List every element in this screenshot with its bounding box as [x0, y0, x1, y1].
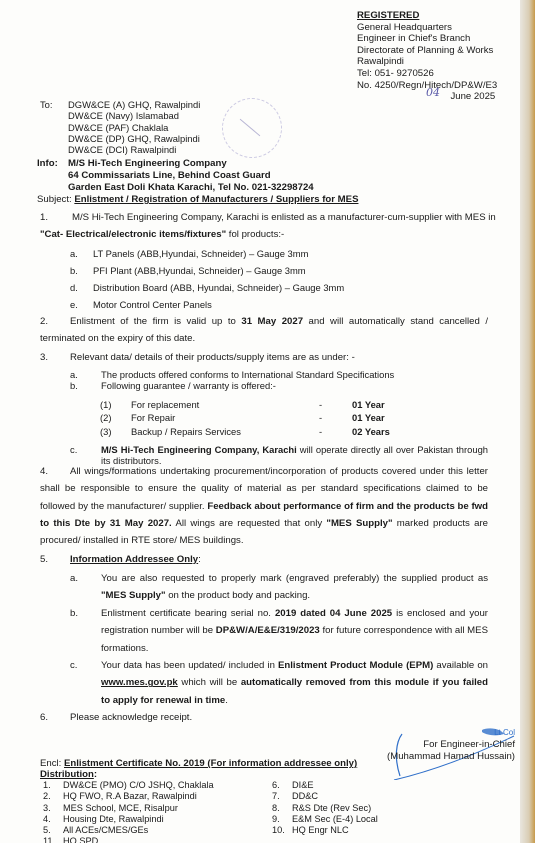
dist-num: 11.	[43, 836, 63, 843]
encl-text: Enlistment Certificate No. 2019 (For inf…	[64, 758, 357, 769]
para-number: 3.	[40, 349, 48, 366]
dist-text: HQ Engr NLC	[292, 825, 349, 835]
subject-line: Subject: Enlistment / Registration of Ma…	[37, 194, 358, 205]
dist-num: 2.	[43, 791, 63, 802]
warranty-dash: -	[319, 411, 352, 424]
warranty-table: (1) For replacement - 01 Year (2) For Re…	[100, 398, 390, 438]
colon: :	[198, 554, 201, 565]
para-text: which will be	[178, 677, 241, 688]
distribution-left: 1.DW&CE (PMO) C/O JSHQ, Chaklala 2.HQ FW…	[43, 780, 214, 843]
para-text: Enlistment of the firm is valid up to	[70, 316, 241, 327]
company-name: M/S Hi-Tech Engineering Company, Karachi	[101, 444, 297, 455]
para-text: All wings are requested that only	[172, 518, 327, 529]
info-line: 64 Commissariats Line, Behind Coast Guar…	[37, 170, 314, 182]
distribution-item: 8.R&S Dte (Rev Sec)	[272, 803, 378, 814]
warranty-item: For replacement	[131, 398, 319, 411]
info-block: Info:M/S Hi-Tech Engineering Company 64 …	[37, 158, 314, 195]
warranty-item: Backup / Repairs Services	[131, 425, 319, 438]
para-text: on the product body and packing.	[166, 590, 311, 601]
warranty-intro: Following guarantee / warranty is offere…	[101, 380, 276, 392]
distribution-item: 2.HQ FWO, R.A Bazar, Rawalpindi	[43, 791, 214, 802]
para5-c: c. Your data has been updated/ included …	[70, 657, 488, 709]
distribution-item: 10.HQ Engr NLC	[272, 825, 378, 836]
header-line: General Headquarters	[357, 22, 497, 34]
para-number: 5.	[40, 551, 48, 568]
distribution-label: Distribution	[40, 769, 94, 780]
mes-website-link[interactable]: www.mes.gov.pk	[101, 677, 178, 688]
header-line: Rawalpindi	[357, 56, 497, 68]
dist-text: E&M Sec (E-4) Local	[292, 814, 378, 824]
warranty-dash: -	[319, 398, 352, 411]
item-letter: d.	[70, 279, 78, 296]
product-item: Distribution Board (ABB, Hyundai, Schnei…	[93, 279, 344, 296]
warranty-value: 02 Years	[352, 425, 390, 438]
distribution-item: 1.DW&CE (PMO) C/O JSHQ, Chaklala	[43, 780, 214, 791]
item-letter: b.	[70, 380, 78, 392]
para-text: M/S Hi-Tech Engineering Company, Karachi…	[72, 209, 496, 226]
warranty-num: (1)	[100, 398, 131, 411]
recipient: DGW&CE (A) GHQ, Rawalpindi	[68, 99, 200, 110]
para-text: Relevant data/ details of their products…	[70, 349, 355, 366]
dist-text: HQ SPD	[63, 836, 98, 843]
dist-num: 5.	[43, 825, 63, 836]
distribution-item: 9.E&M Sec (E-4) Local	[272, 814, 378, 825]
dist-text: DI&E	[292, 780, 313, 790]
warranty-row: (2) For Repair - 01 Year	[100, 411, 390, 424]
dist-text: DD&C	[292, 791, 318, 801]
colon: :	[94, 769, 97, 780]
dist-text: DW&CE (PMO) C/O JSHQ, Chaklala	[63, 780, 214, 790]
para-number: 4.	[40, 463, 48, 480]
para5-a: a. You are also requested to properly ma…	[70, 570, 488, 605]
item-letter: c.	[70, 657, 77, 674]
encl-label: Encl:	[40, 758, 64, 769]
subject-text: Enlistment / Registration of Manufacture…	[74, 194, 358, 205]
dist-num: 10.	[272, 825, 292, 836]
item-letter: e.	[70, 296, 78, 313]
stamp-mark	[222, 98, 282, 158]
warranty-value: 01 Year	[352, 398, 390, 411]
dist-num: 6.	[272, 780, 292, 791]
spec-statement: The products offered conforms to Interna…	[101, 369, 394, 381]
info-label: Info:	[37, 158, 68, 170]
para-text: You are also requested to properly mark …	[101, 573, 488, 584]
handwritten-day: 04	[426, 86, 440, 99]
dist-text: All ACEs/CMES/GEs	[63, 825, 148, 835]
certificate-serial: 2019 dated 04 June 2025	[275, 608, 392, 619]
distribution-item: 5.All ACEs/CMES/GEs	[43, 825, 214, 836]
product-item: LT Panels (ABB,Hyundai, Schneider) – Gau…	[93, 245, 308, 262]
category-label: "Cat- Electrical/electronic items/fixtur…	[40, 229, 226, 240]
epm-module: Enlistment Product Module (EPM)	[278, 660, 433, 671]
enclosure-line: Encl: Enlistment Certificate No. 2019 (F…	[40, 758, 357, 769]
warranty-dash: -	[319, 425, 352, 438]
dist-text: HQ FWO, R.A Bazar, Rawalpindi	[63, 791, 197, 801]
distribution-item: 3.MES School, MCE, Risalpur	[43, 803, 214, 814]
header-line: Directorate of Planning & Works	[357, 45, 497, 57]
dist-num: 1.	[43, 780, 63, 791]
info-line: M/S Hi-Tech Engineering Company	[68, 158, 227, 169]
signatory-rank: Lt Col	[387, 727, 515, 739]
product-item: Motor Control Center Panels	[93, 296, 212, 313]
recipient: DW&CE (PAF) Chaklala	[40, 122, 200, 133]
dist-num: 4.	[43, 814, 63, 825]
signature-block: Lt Col For Engineer-in-Chief (Muhammad H…	[387, 727, 515, 763]
page-edge	[520, 0, 535, 843]
dist-num: 8.	[272, 803, 292, 814]
para-number: 1.	[40, 209, 48, 226]
dist-num: 3.	[43, 803, 63, 814]
para-text: fol products:-	[226, 229, 284, 240]
warranty-row: (1) For replacement - 01 Year	[100, 398, 390, 411]
header-phone: Tel: 051- 9270526	[357, 68, 497, 80]
recipient: DW&CE (DCI) Rawalpindi	[40, 144, 200, 155]
to-block: To:DGW&CE (A) GHQ, Rawalpindi DW&CE (Nav…	[40, 99, 200, 155]
dist-num: 9.	[272, 814, 292, 825]
product-item: PFI Plant (ABB,Hyundai, Schneider) – Gau…	[93, 262, 306, 279]
para-text: .	[225, 695, 228, 706]
item-letter: b.	[70, 605, 78, 622]
dist-text: MES School, MCE, Risalpur	[63, 803, 178, 813]
info-line: Garden East Doli Khata Karachi, Tel No. …	[37, 182, 314, 194]
warranty-value: 01 Year	[352, 411, 390, 424]
distribution-item: 6.DI&E	[272, 780, 378, 791]
para-text: Enlistment certificate bearing serial no…	[101, 608, 275, 619]
item-letter: c.	[70, 444, 77, 455]
dist-text: Housing Dte, Rawalpindi	[63, 814, 164, 824]
distribution-right: 6.DI&E 7.DD&C 8.R&S Dte (Rev Sec) 9.E&M …	[272, 780, 378, 836]
item-letter: a.	[70, 369, 78, 381]
paragraph-2: 2.Enlistment of the firm is valid up to …	[40, 313, 488, 348]
validity-date: 31 May 2027	[241, 316, 303, 327]
mes-supply-mark: "MES Supply"	[101, 590, 166, 601]
signatory-title: For Engineer-in-Chief	[387, 739, 515, 751]
registration-number: DP&W/A/E&E/319/2023	[216, 625, 320, 636]
recipient: DW&CE (DP) GHQ, Rawalpindi	[40, 133, 200, 144]
para-number: 6.	[40, 709, 48, 726]
subject-label: Subject:	[37, 194, 72, 205]
warranty-num: (2)	[100, 411, 131, 424]
item-letter: a.	[70, 245, 78, 262]
para-text: Please acknowledge receipt.	[70, 709, 192, 726]
warranty-item: For Repair	[131, 411, 319, 424]
info-addressee-heading: Information Addressee Only	[70, 554, 198, 565]
para-number: 2.	[40, 313, 48, 330]
distribution-item: 11.HQ SPD	[43, 836, 214, 843]
dist-num: 7.	[272, 791, 292, 802]
warranty-num: (3)	[100, 425, 131, 438]
registered-label: REGISTERED	[357, 10, 497, 22]
header-line: Engineer in Chief's Branch	[357, 33, 497, 45]
distribution-item: 7.DD&C	[272, 791, 378, 802]
distribution-heading: Distribution:	[40, 769, 97, 780]
signatory-name: (Muhammad Hamad Hussain)	[387, 751, 515, 763]
para5-b: b. Enlistment certificate bearing serial…	[70, 605, 488, 657]
item-letter: b.	[70, 262, 78, 279]
dist-text: R&S Dte (Rev Sec)	[292, 803, 371, 813]
paragraph-4: 4.All wings/formations undertaking procu…	[40, 463, 488, 549]
para-text: Your data has been updated/ included in	[101, 660, 278, 671]
distribution-item: 4.Housing Dte, Rawalpindi	[43, 814, 214, 825]
mes-supply-mark: "MES Supply"	[326, 518, 392, 529]
to-label: To:	[40, 99, 68, 110]
para-text: available on	[433, 660, 488, 671]
warranty-row: (3) Backup / Repairs Services - 02 Years	[100, 425, 390, 438]
item-letter: a.	[70, 570, 78, 587]
recipient: DW&CE (Navy) Islamabad	[40, 110, 200, 121]
